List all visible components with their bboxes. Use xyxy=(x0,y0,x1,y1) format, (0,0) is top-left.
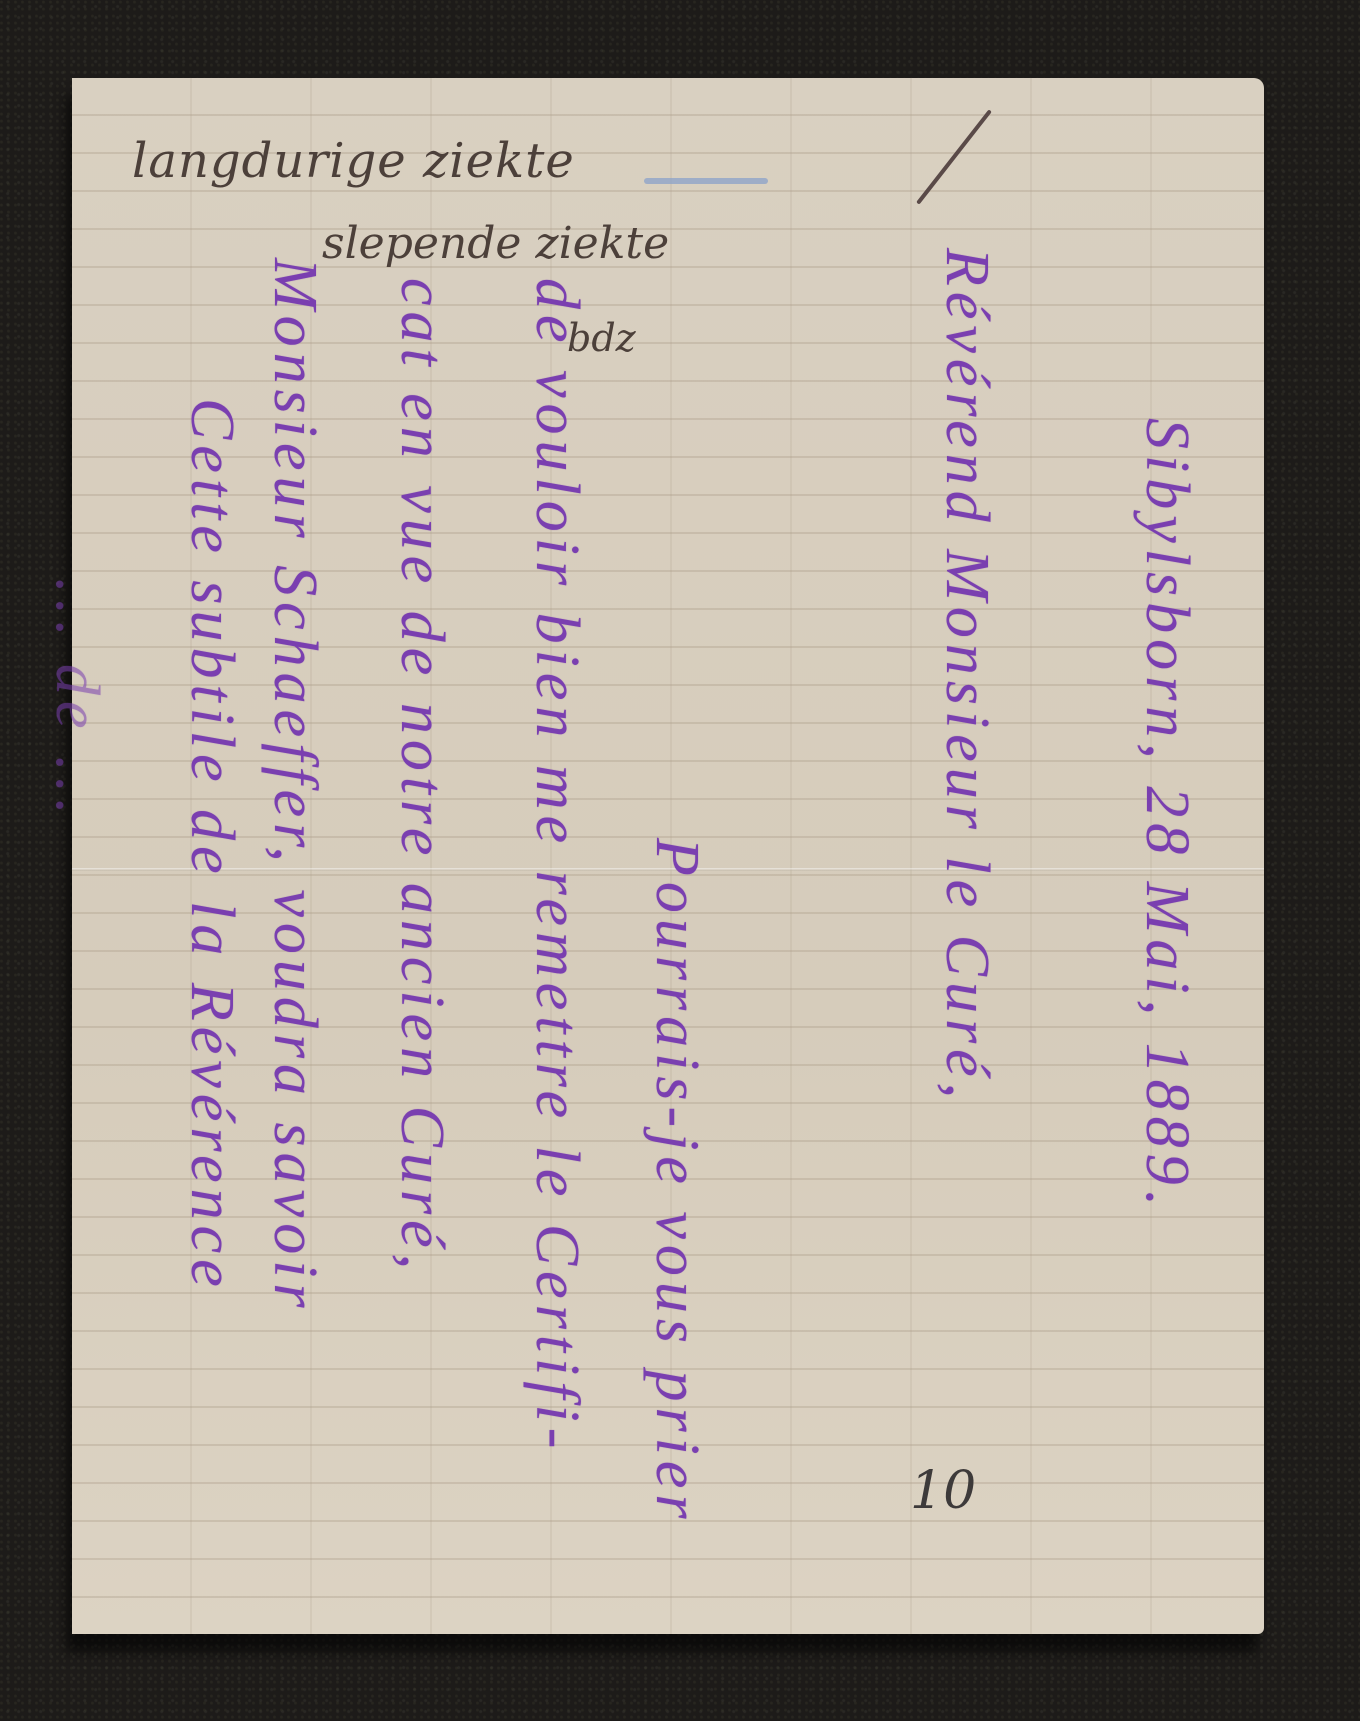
pencil-annotation-line1: langdurige ziekte xyxy=(132,133,575,189)
letter-body-line: cat en vue de notre ancien Curé, xyxy=(386,278,457,1275)
letter-page: langdurige ziekte slepende ziekte bdz Si… xyxy=(72,78,1264,1634)
letter-body-line: Monsieur Schaeffer, voudra savoir xyxy=(259,258,330,1314)
letter-body-line: de vouloir bien me remettre le Certifi- xyxy=(521,278,592,1454)
pencil-slash-mark xyxy=(916,109,992,204)
letter-date-line: Sibylsborn, 28 Mai, 1889. xyxy=(1131,418,1202,1212)
letter-body-line: Cette subtile de la Révérence xyxy=(176,398,247,1293)
page-number: 10 xyxy=(910,1461,976,1521)
blue-underline-mark xyxy=(644,178,768,184)
letter-body-line-faint: ... de ... xyxy=(41,578,112,821)
pencil-annotation-line2: slepende ziekte xyxy=(322,218,669,269)
letter-body-line: Pourrais-je vous prier xyxy=(641,838,712,1525)
letter-salutation: Révérend Monsieur le Curé, xyxy=(931,248,1002,1104)
